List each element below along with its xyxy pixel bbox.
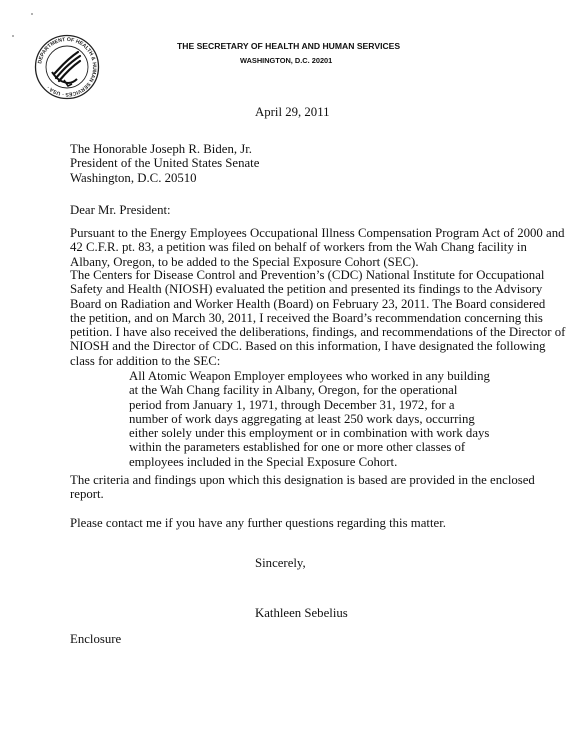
recipient-address: Washington, D.C. 20510 xyxy=(70,171,259,185)
paragraph-criteria: The criteria and findings upon which thi… xyxy=(70,473,535,502)
paragraph-petition: Pursuant to the Energy Employees Occupat… xyxy=(70,226,565,269)
recipient-title: President of the United States Senate xyxy=(70,156,259,170)
recipient-block: The Honorable Joseph R. Biden, Jr. Presi… xyxy=(70,142,259,185)
class-definition-line: either solely under this employment or i… xyxy=(129,426,490,440)
paragraph-line: Please contact me if you have any furthe… xyxy=(70,516,446,530)
closing: Sincerely, xyxy=(255,556,306,570)
paragraph-line: the petition, and on March 30, 2011, I r… xyxy=(70,311,565,325)
recipient-name: The Honorable Joseph R. Biden, Jr. xyxy=(70,142,259,156)
paragraph-contact: Please contact me if you have any furthe… xyxy=(70,516,446,530)
paragraph-line: Pursuant to the Energy Employees Occupat… xyxy=(70,226,565,240)
letter-page: DEPARTMENT OF HEALTH & HUMAN SERVICES · … xyxy=(0,0,576,743)
paragraph-line: report. xyxy=(70,487,535,501)
enclosure-note: Enclosure xyxy=(70,632,121,646)
paragraph-line: The Centers for Disease Control and Prev… xyxy=(70,268,565,282)
class-definition-line: employees included in the Special Exposu… xyxy=(129,455,490,469)
scan-speck xyxy=(31,13,33,15)
paragraph-line: class for addition to the SEC: xyxy=(70,354,565,368)
class-definition-line: number of work days aggregating at least… xyxy=(129,412,490,426)
class-definition-line: at the Wah Chang facility in Albany, Ore… xyxy=(129,383,490,397)
letter-date: April 29, 2011 xyxy=(255,105,330,119)
letterhead-title: THE SECRETARY OF HEALTH AND HUMAN SERVIC… xyxy=(177,41,400,51)
paragraph-line: Board on Radiation and Worker Health (Bo… xyxy=(70,297,565,311)
class-definition-line: All Atomic Weapon Employer employees who… xyxy=(129,369,490,383)
paragraph-line: NIOSH and the Director of CDC. Based on … xyxy=(70,339,565,353)
paragraph-line: The criteria and findings upon which thi… xyxy=(70,473,535,487)
class-definition-block: All Atomic Weapon Employer employees who… xyxy=(129,369,490,469)
class-definition-line: within the parameters established for on… xyxy=(129,440,490,454)
paragraph-line: petition. I have also received the delib… xyxy=(70,325,565,339)
paragraph-line: 42 C.F.R. pt. 83, a petition was filed o… xyxy=(70,240,565,254)
paragraph-line: Safety and Health (NIOSH) evaluated the … xyxy=(70,282,565,296)
signer-name: Kathleen Sebelius xyxy=(255,606,348,620)
hhs-seal-icon: DEPARTMENT OF HEALTH & HUMAN SERVICES · … xyxy=(34,34,100,100)
class-definition-line: period from January 1, 1971, through Dec… xyxy=(129,398,490,412)
letterhead-address: WASHINGTON, D.C. 20201 xyxy=(240,56,332,65)
scan-speck xyxy=(12,35,14,37)
paragraph-line: Albany, Oregon, to be added to the Speci… xyxy=(70,255,565,269)
paragraph-evaluation: The Centers for Disease Control and Prev… xyxy=(70,268,565,368)
salutation: Dear Mr. President: xyxy=(70,203,171,217)
